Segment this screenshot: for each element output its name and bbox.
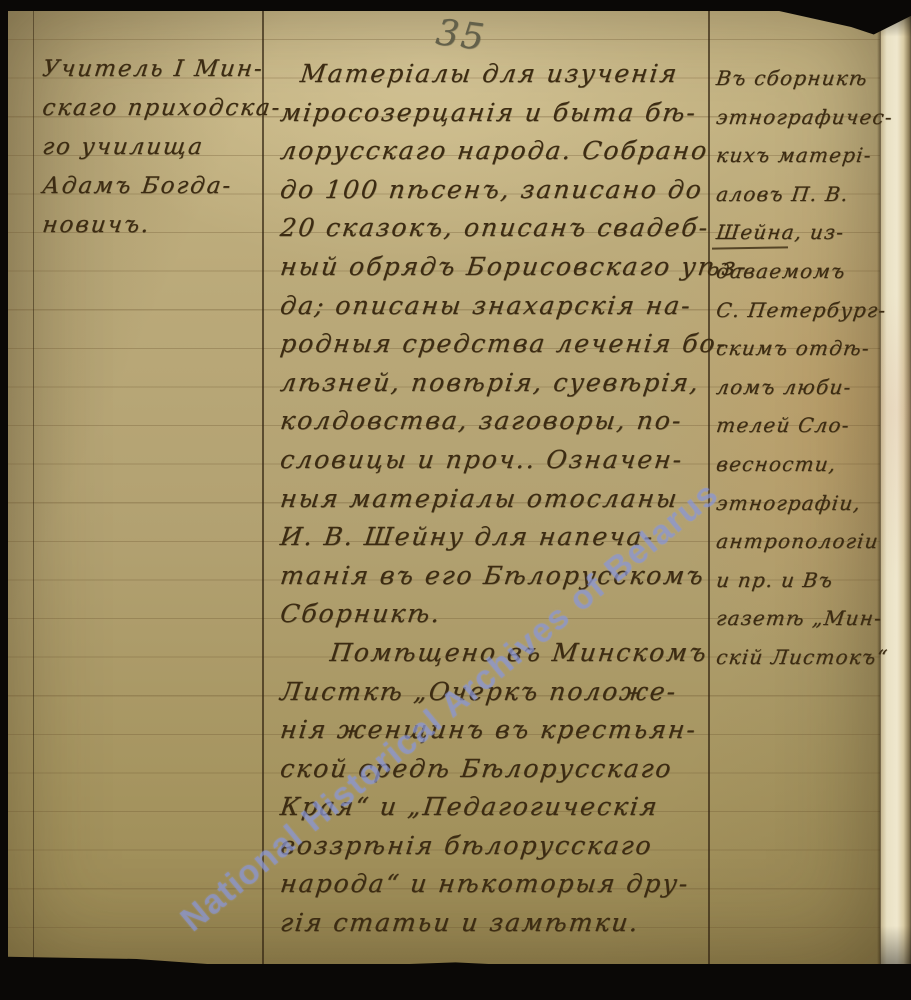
handwritten-line: колдовства, заговоры, по- bbox=[278, 402, 709, 441]
handwritten-line: антропологіи bbox=[714, 522, 887, 561]
handwritten-line: 20 сказокъ, описанъ свадеб- bbox=[278, 209, 709, 248]
handwritten-line: ломъ люби- bbox=[714, 368, 887, 407]
handwritten-line: да; описаны знахарскія на- bbox=[278, 287, 709, 326]
handwritten-line: скій Листокъ“ bbox=[714, 638, 887, 677]
handwritten-line: и пр. и Въ bbox=[714, 561, 887, 600]
handwritten-line: этнографичес- bbox=[714, 98, 887, 137]
handwritten-line: лорусскаго народа. Собрано bbox=[278, 132, 709, 171]
handwritten-line: кихъ матері- bbox=[714, 136, 887, 175]
column-divider-left bbox=[262, 6, 264, 964]
handwritten-line: нія женщинъ въ крестьян- bbox=[278, 711, 709, 750]
handwritten-line: словицы и проч.. Означен- bbox=[278, 441, 709, 480]
handwritten-line: телей Сло- bbox=[714, 406, 887, 445]
margin-line bbox=[33, 6, 34, 964]
handwritten-line: аловъ П. В. bbox=[714, 175, 887, 214]
handwritten-line: этнографіи, bbox=[714, 484, 887, 523]
handwritten-line: скимъ отдѣ- bbox=[714, 329, 887, 368]
handwritten-line: го училища bbox=[40, 128, 265, 167]
handwritten-line: Сборникѣ. bbox=[278, 595, 709, 634]
handwritten-line: Адамъ Богда- bbox=[40, 167, 265, 206]
handwritten-line: лѣзней, повѣрія, суевѣрія, bbox=[278, 364, 709, 403]
handwritten-line: скаго приходска- bbox=[40, 89, 265, 128]
handwritten-line: родныя средства леченія бо- bbox=[278, 325, 709, 364]
column-left: Учитель I Мин-скаго приходска-го училища… bbox=[40, 50, 260, 245]
column-right: Въ сборникѣэтнографичес-кихъ матері-алов… bbox=[714, 59, 882, 677]
handwritten-line: до 100 пѣсенъ, записано до bbox=[278, 171, 709, 210]
handwritten-line: С. Петербург- bbox=[714, 291, 887, 330]
handwritten-line: Матеріалы для изученія bbox=[278, 55, 709, 94]
handwritten-line: ныя матеріалы отосланы bbox=[278, 480, 709, 519]
left-black-border bbox=[0, 0, 8, 1000]
handwritten-line: Учитель I Мин- bbox=[40, 50, 265, 89]
archive-scan: 35 Учитель I Мин-скаго приходска-го учил… bbox=[0, 0, 911, 1000]
handwritten-line: воззрѣнія бѣлорусскаго bbox=[278, 827, 709, 866]
handwritten-line: новичъ. bbox=[40, 206, 265, 245]
handwritten-line: гія статьи и замѣтки. bbox=[278, 904, 709, 943]
top-black-border bbox=[0, 0, 911, 11]
handwritten-line: міросозерцанія и быта бѣ- bbox=[278, 94, 709, 133]
handwritten-line: весности, bbox=[714, 445, 887, 484]
handwritten-line: даваемомъ bbox=[714, 252, 887, 291]
handwritten-line: народа“ и нѣкоторыя дру- bbox=[278, 865, 709, 904]
handwritten-line: газетѣ „Мин- bbox=[714, 599, 887, 638]
handwritten-line: Въ сборникѣ bbox=[714, 59, 887, 98]
handwritten-line: ный обрядъ Борисовскаго уѣз- bbox=[278, 248, 709, 287]
page-number: 35 bbox=[434, 12, 488, 59]
